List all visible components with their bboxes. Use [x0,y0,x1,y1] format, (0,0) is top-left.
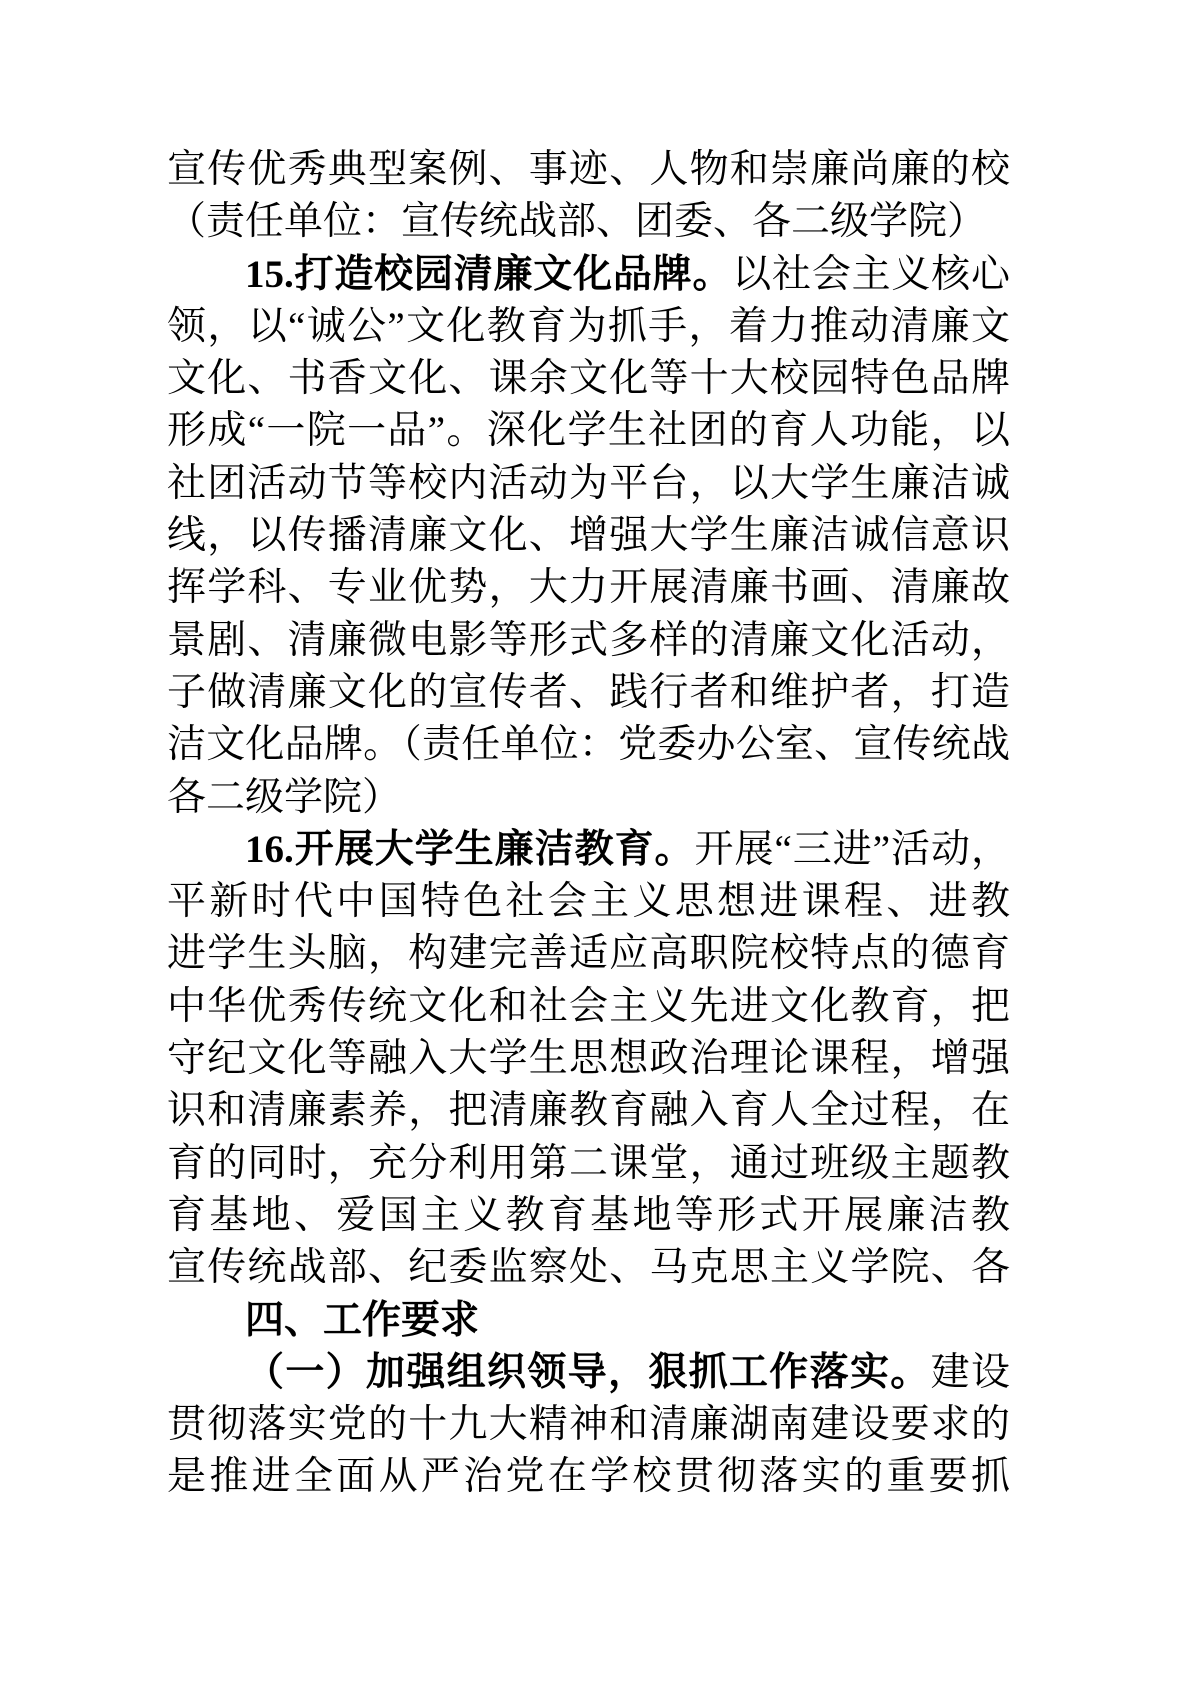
body-text: 各二级学院） [167,776,401,819]
body-text: 社团活动节等校内活动为平台，以大学生廉洁诚信教育为主 [167,462,1010,510]
body-text: 挥学科、专业优势，大力开展清廉书画、清廉故事、清廉情 [167,566,1010,614]
text-line: （责任单位：宣传统战部、团委、各二级学院） [167,196,1010,248]
body-text: （责任单位：宣传统战部、团委、各二级学院） [167,200,986,243]
text-line: 子做清廉文化的宣传者、践行者和维护者，打造有影响的廉 [167,667,1010,719]
body-text: 领，以“诚公”文化教育为抓手，着力推动清廉文化、红色 [167,305,1010,353]
body-text: 平新时代中国特色社会主义思想进课程、进教材、进教案、 [167,880,1010,928]
text-line: 育基地、爱国主义教育基地等形式开展廉洁教育。（责任单位： [167,1190,1010,1242]
body-text: 洁文化品牌。（责任单位：党委办公室、宣传统战部、团委、 [167,723,1010,771]
paragraph-item-15: 15.打造校园清廉文化品牌。以社会主义核心价值观为引 领，以“诚公”文化教育为抓… [167,249,1010,824]
paragraph-org-leadership: （一）加强组织领导，狠抓工作落实。建设清廉学校是 贯彻落实党的十九大精神和清廉湖… [167,1347,1010,1504]
text-line: 各二级学院） [167,772,1010,824]
text-line: （一）加强组织领导，狠抓工作落实。建设清廉学校是 [167,1347,1010,1399]
text-line: 15.打造校园清廉文化品牌。以社会主义核心价值观为引 [167,249,1010,301]
body-text: 线，以传播清廉文化、增强大学生廉洁诚信意识为宗旨，发 [167,514,1010,562]
text-line: 宣传优秀典型案例、事迹、人物和崇廉尚廉的校风、班风。 [167,144,1010,196]
text-line: 16.开展大学生廉洁教育。开展“三进”活动，推进习近 [167,824,1010,876]
body-text: 进学生头脑，构建完善适应高职院校特点的德育体系。开展 [167,932,1010,980]
text-line: 育的同时，充分利用第二课堂，通过班级主题教育、清廉教 [167,1138,1010,1190]
body-text: 育基地、爱国主义教育基地等形式开展廉洁教育。（责任单位： [167,1194,1010,1242]
text-line: 四、工作要求 [167,1295,1010,1347]
body-text: 景剧、清廉微电影等形式多样的清廉文化活动，鼓励广大学 [167,619,1010,667]
body-text: 识和清廉素养，把清廉教育融入育人全过程，在做好课程教 [167,1089,1010,1137]
text-line: 宣传统战部、纪委监察处、马克思主义学院、各二级学院） [167,1242,1010,1294]
text-line: 平新时代中国特色社会主义思想进课程、进教材、进教案、 [167,876,1010,928]
body-text: 宣传统战部、纪委监察处、马克思主义学院、各二级学院） [167,1246,1010,1294]
text-line: 洁文化品牌。（责任单位：党委办公室、宣传统战部、团委、 [167,719,1010,771]
text-line: 挥学科、专业优势，大力开展清廉书画、清廉故事、清廉情 [167,562,1010,614]
body-text: 是推进全面从严治党在学校贯彻落实的重要抓手。学校成立 [167,1455,1010,1503]
body-text: 文化、书香文化、课余文化等十大校园特色品牌文化建设， [167,357,1010,405]
text-line: 社团活动节等校内活动为平台，以大学生廉洁诚信教育为主 [167,458,1010,510]
body-text: 子做清廉文化的宣传者、践行者和维护者，打造有影响的廉 [167,671,1010,719]
bold-lead-text: （一）加强组织领导，狠抓工作落实。 [245,1351,931,1394]
text-line: 是推进全面从严治党在学校贯彻落实的重要抓手。学校成立 [167,1451,1010,1503]
text-line: 景剧、清廉微电影等形式多样的清廉文化活动，鼓励广大学 [167,615,1010,667]
body-text: 宣传优秀典型案例、事迹、人物和崇廉尚廉的校风、班风。 [167,148,1010,196]
body-text: 育的同时，充分利用第二课堂，通过班级主题教育、清廉教 [167,1142,1010,1190]
text-line: 形成“一院一品”。深化学生社团的育人功能，以校园文化节、 [167,405,1010,457]
bold-lead-text: 四、工作要求 [245,1299,479,1342]
text-line: 进学生头脑，构建完善适应高职院校特点的德育体系。开展 [167,928,1010,980]
text-line: 领，以“诚公”文化教育为抓手，着力推动清廉文化、红色 [167,301,1010,353]
section-heading-work-requirements: 四、工作要求 [167,1295,1010,1347]
document-page: 宣传优秀典型案例、事迹、人物和崇廉尚廉的校风、班风。 （责任单位：宣传统战部、团… [0,0,1191,1684]
text-line: 识和清廉素养，把清廉教育融入育人全过程，在做好课程教 [167,1085,1010,1137]
body-text: 守纪文化等融入大学生思想政治理论课程，增强学生廉洁意 [167,1037,1010,1085]
paragraph-item-16: 16.开展大学生廉洁教育。开展“三进”活动，推进习近 平新时代中国特色社会主义思… [167,824,1010,1295]
body-text: 贯彻落实党的十九大精神和清廉湖南建设要求的重要举措， [167,1403,1010,1451]
bold-lead-text: 15.打造校园清廉文化品牌。 [245,253,732,296]
text-line: 守纪文化等融入大学生思想政治理论课程，增强学生廉洁意 [167,1033,1010,1085]
text-line: 线，以传播清廉文化、增强大学生廉洁诚信意识为宗旨，发 [167,510,1010,562]
body-text: 中华优秀传统文化和社会主义先进文化教育，把清廉文化、 [167,985,1010,1033]
bold-lead-text: 16.开展大学生廉洁教育。 [245,828,695,871]
text-line: 贯彻落实党的十九大精神和清廉湖南建设要求的重要举措， [167,1399,1010,1451]
body-text: 形成“一院一品”。深化学生社团的育人功能，以校园文化节、 [167,409,1010,457]
paragraph-continuation: 宣传优秀典型案例、事迹、人物和崇廉尚廉的校风、班风。 （责任单位：宣传统战部、团… [167,144,1010,249]
text-line: 文化、书香文化、课余文化等十大校园特色品牌文化建设， [167,353,1010,405]
text-line: 中华优秀传统文化和社会主义先进文化教育，把清廉文化、 [167,981,1010,1033]
